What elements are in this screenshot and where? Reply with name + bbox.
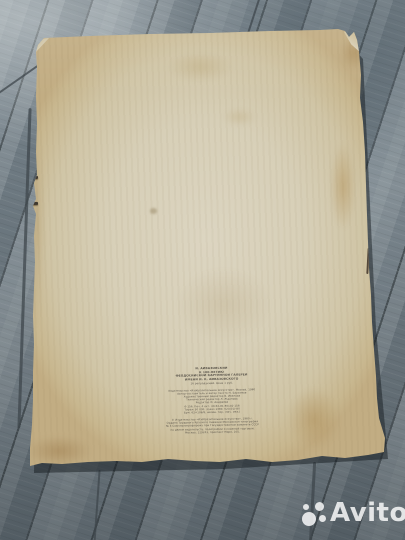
paper-stain — [330, 142, 356, 230]
marketplace-photo: И. АЙВАЗОВСКИЙ К 100-ЛЕТИЮ ФЕОДОСИЙСКОЙ … — [0, 0, 405, 540]
avito-logo-dot — [303, 504, 309, 510]
avito-logo-dot — [319, 515, 326, 522]
paper-stain — [288, 388, 340, 450]
colophon: И. АЙВАЗОВСКИЙ К 100-ЛЕТИЮ ФЕОДОСИЙСКОЙ … — [136, 366, 287, 435]
paper-stain — [168, 52, 232, 82]
avito-logo-icon — [294, 498, 326, 528]
paper-stain — [150, 208, 157, 214]
avito-watermark: Avito — [294, 494, 405, 532]
paper-stain — [176, 268, 272, 340]
paper-stain — [222, 108, 256, 126]
avito-logo-dot — [315, 502, 324, 511]
paper-stain — [26, 436, 92, 466]
avito-logo-dot — [302, 512, 316, 526]
avito-wordmark: Avito — [330, 498, 405, 528]
